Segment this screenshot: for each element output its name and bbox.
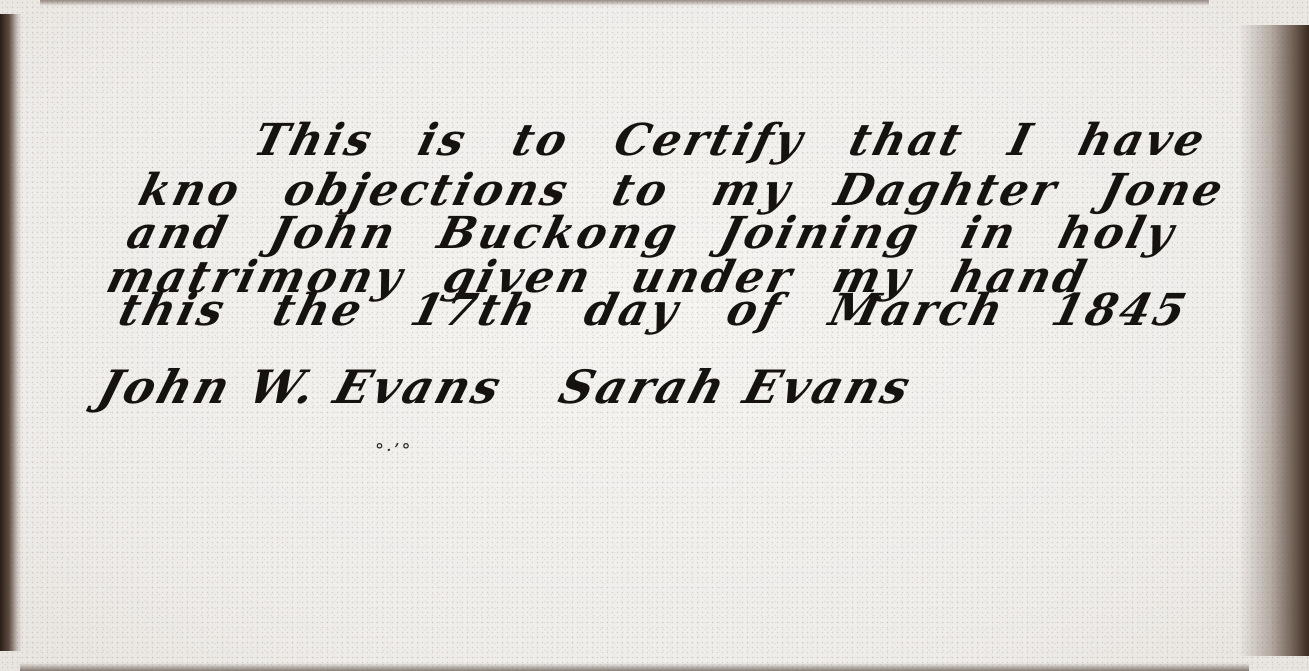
signature-sarah-evans: Sarah Evans xyxy=(553,360,919,414)
signature-row: John W. Evans Sarah Evans xyxy=(92,360,959,414)
text-line-5: this the 17th day of March 1845 xyxy=(114,285,1194,336)
scanned-document: This is to Certify that I have kno objec… xyxy=(0,0,1309,671)
text-line-1: This is to Certify that I have xyxy=(249,115,1213,166)
ink-blot-marks: °·’° xyxy=(375,440,412,461)
certificate-text: This is to Certify that I have kno objec… xyxy=(0,0,1309,671)
signature-john-w-evans: John W. Evans xyxy=(92,360,509,414)
